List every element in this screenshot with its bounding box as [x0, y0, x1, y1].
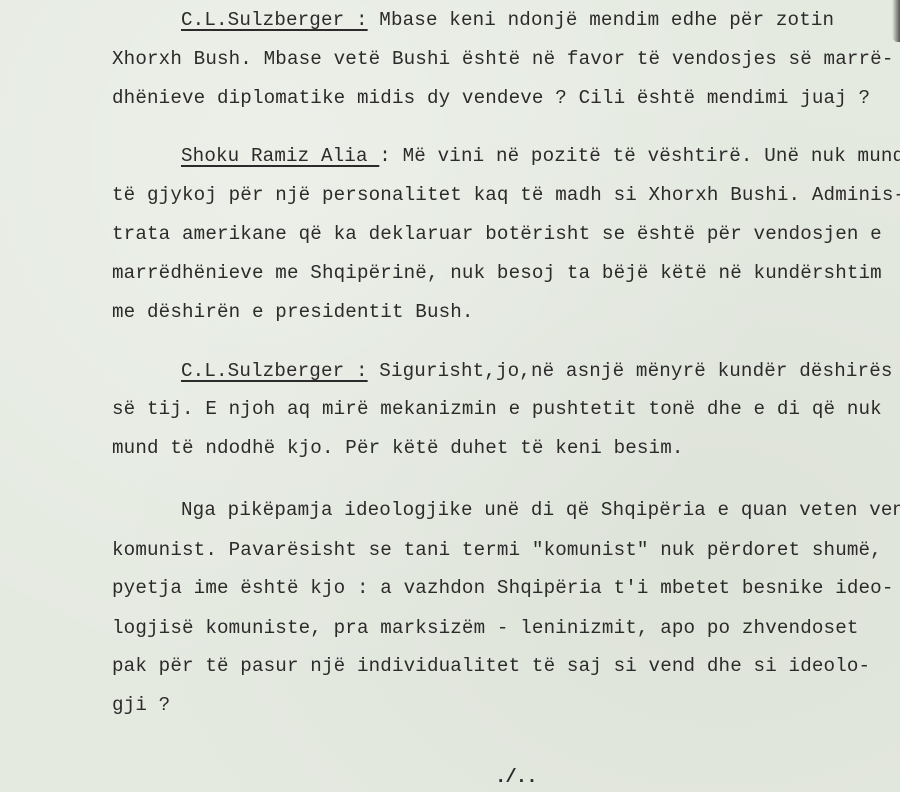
paragraph-2-line-2: të gjykoj për një personalitet kaq të ma… [112, 183, 900, 207]
line-text: Sigurisht,jo,në asnjë mënyrë kundër dësh… [368, 360, 893, 382]
paragraph-4-line-1: Nga pikëpamja ideologjike unë di që Shqi… [181, 498, 900, 522]
paragraph-2-line-1: Shoku Ramiz Alia : Më vini në pozitë të … [181, 144, 900, 168]
paragraph-3-line-3: mund të ndodhë kjo. Për këtë duhet të ke… [112, 436, 684, 460]
paragraph-4-line-6: gji ? [112, 693, 170, 717]
paragraph-2-line-5: me dëshirën e presidentit Bush. [112, 300, 474, 324]
speaker-label: C.L.Sulzberger : [181, 9, 368, 31]
continuation-mark: ./.. [495, 766, 537, 788]
paragraph-3-line-1: C.L.Sulzberger : Sigurisht,jo,në asnjë m… [181, 359, 893, 383]
paragraph-4-line-2: komunist. Pavarësisht se tani termi "kom… [112, 538, 882, 562]
page-edge-shadow [892, 0, 900, 42]
document-page: C.L.Sulzberger : Mbase keni ndonjë mendi… [0, 0, 900, 792]
paragraph-4-line-5: pak për të pasur një individualitet të s… [112, 654, 870, 678]
line-text: : Më vini në pozitë të vështirë. Unë nuk… [379, 145, 900, 167]
paragraph-1-line-3: dhënieve diplomatike midis dy vendeve ? … [112, 86, 870, 110]
speaker-label: C.L.Sulzberger : [181, 360, 368, 382]
paragraph-4-line-4: logjisë komuniste, pra marksizëm - lenin… [112, 616, 859, 640]
paragraph-1-line-1: C.L.Sulzberger : Mbase keni ndonjë mendi… [181, 8, 834, 32]
line-text: Mbase keni ndonjë mendim edhe për zotin [368, 9, 835, 31]
paragraph-2-line-4: marrëdhënieve me Shqipërinë, nuk besoj t… [112, 261, 882, 285]
speaker-label: Shoku Ramiz Alia [181, 145, 379, 167]
paragraph-2-line-3: trata amerikane që ka deklaruar botërish… [112, 222, 882, 246]
paragraph-1-line-2: Xhorxh Bush. Mbase vetë Bushi është në f… [112, 47, 894, 71]
paragraph-4-line-3: pyetja ime është kjo : a vazhdon Shqipër… [112, 576, 894, 600]
paragraph-3-line-2: së tij. E njoh aq mirë mekanizmin e push… [112, 397, 882, 421]
